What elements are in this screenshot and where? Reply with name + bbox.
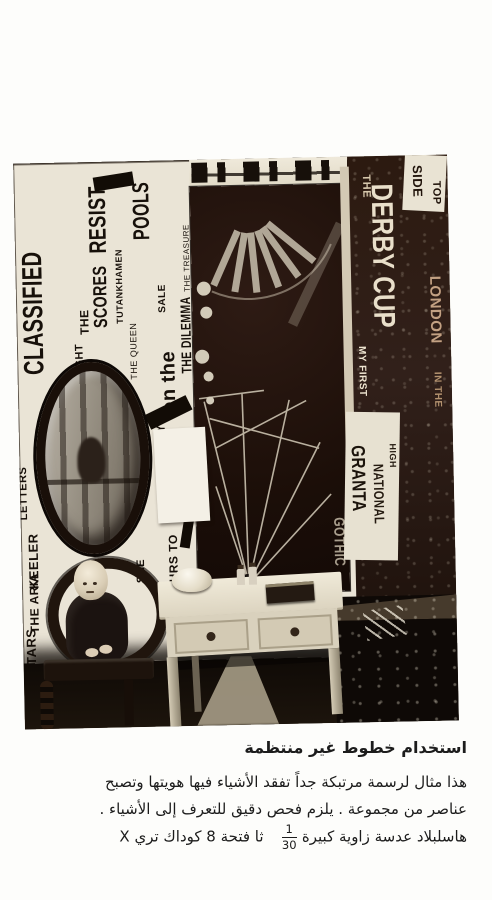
frag-tutankhamen: TUTANKHAMEN — [114, 249, 125, 324]
caption-heading: استخدام خطوط غير منتظمة — [37, 738, 467, 757]
oval-mirror — [34, 361, 151, 555]
chair-leg — [124, 679, 134, 725]
table-drawer — [174, 619, 250, 654]
white-scratches — [363, 605, 407, 641]
frag-resist: RESIST — [86, 186, 111, 254]
drawer-knob — [206, 632, 215, 641]
frag-national: NATIONAL — [371, 464, 386, 525]
frag-high: HIGH — [388, 443, 398, 468]
bowl — [172, 568, 212, 593]
frag-side: SIDE — [411, 165, 425, 198]
caption-block: استخدام خطوط غير منتظمة هذا مثال لرسمة م… — [37, 738, 467, 851]
chair-seat — [44, 658, 154, 681]
frag-london: LONDON — [427, 276, 443, 344]
caption-line-2: عناصر من مجموعة . يلزم فحص دقيق للتعرف إ… — [100, 800, 468, 818]
chair-front-leg — [40, 681, 54, 730]
drawer-knob — [290, 627, 299, 636]
shutter-speed-fraction: 130 — [282, 823, 297, 851]
frag-classified-1: CLASSIFIED — [18, 251, 49, 375]
caption-body: هذا مثال لرسمة مرتبكة جداً تفقد الأشياء … — [37, 769, 467, 851]
child-eye — [93, 582, 97, 585]
caption-line-3-end: ثا فتحة 8 كوداك تري X — [119, 828, 263, 846]
book-on-table — [266, 581, 315, 603]
frag-in-the: IN THE — [432, 372, 443, 408]
caption-line-3-start: هاسلبلاد عدسة زاوية كبيرة — [302, 828, 467, 846]
frag-sale: SALE — [158, 284, 169, 313]
dark-artwork-panel — [190, 184, 350, 594]
caption-line-1: هذا مثال لرسمة مرتبكة جداً تفقد الأشياء … — [105, 773, 467, 791]
wheel-spokes-graphic — [190, 184, 350, 594]
frag-granta: GRANTA — [348, 445, 368, 512]
frag-the-2: THE — [360, 174, 371, 198]
frag-the-aria: THE ARIA — [28, 573, 41, 633]
child-eye — [83, 582, 87, 585]
book-page: CLASSIFIEDCLASSIFIEDRESISTSCORESPOOLSTON… — [0, 0, 492, 900]
table-drawer — [258, 614, 334, 649]
frag-my-first: MY FIRST — [356, 346, 367, 397]
frag-top: TOP — [430, 181, 441, 205]
child-mouth — [86, 591, 94, 593]
table — [157, 572, 349, 730]
frag-pools: POOLS — [129, 182, 153, 241]
small-jar — [237, 569, 245, 585]
table-leg — [328, 648, 343, 715]
frag-the: THE — [78, 309, 91, 335]
frag-letters: LETTERS — [18, 467, 30, 521]
small-jar — [249, 567, 257, 585]
fraction-denominator: 30 — [282, 838, 297, 852]
frag-derby-cup: DERBY CUP — [366, 183, 399, 328]
blank-poster — [153, 427, 210, 524]
frag-scores: SCORES — [91, 265, 111, 328]
child-head — [73, 560, 108, 601]
fraction-numerator: 1 — [282, 823, 297, 838]
photograph: CLASSIFIEDCLASSIFIEDRESISTSCORESPOOLSTON… — [13, 155, 459, 730]
